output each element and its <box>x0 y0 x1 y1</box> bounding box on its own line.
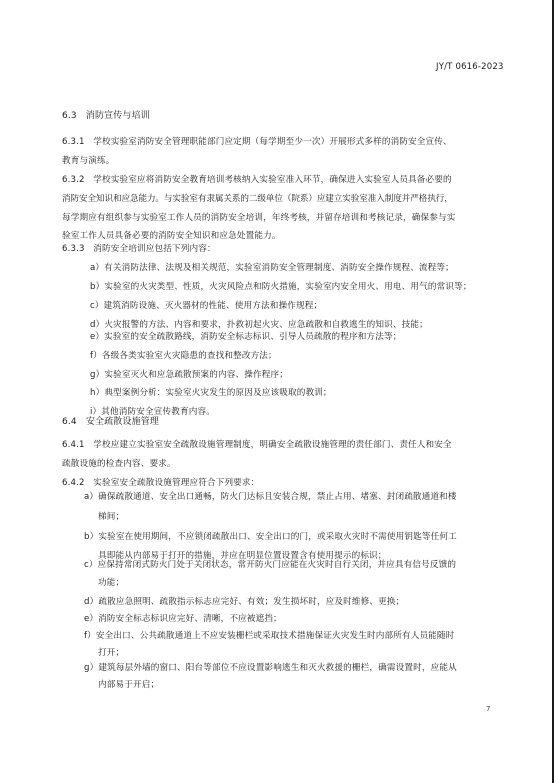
list-item-f: f）安全出口、公共疏散通道上不应安装栅栏或采取技术措施保证火灾发生时内部所有人员… <box>84 629 454 641</box>
list-item-c: c）应保持常闭式防火门处于关闭状态，常开防火门应能在火灾时自行关闭，并应具有信号… <box>84 558 456 570</box>
clause-number: 6.3.2 <box>62 175 85 185</box>
section-title: 消防宣传与培训 <box>86 111 150 121</box>
clause-text: 学校实验室消防安全管理职能部门应定期（每学期至少一次）开展形式多样的消防安全宣传… <box>93 137 452 147</box>
clause-number: 6.3.1 <box>62 137 85 147</box>
list-item-b: b）实验室在使用期间，不应锁闭疏散出口、安全出口的门，或采取火灾时不需使用钥匙等… <box>84 530 457 542</box>
section-number: 6.3 <box>62 111 77 121</box>
document-page: JY/T 0616-2023 6.3 消防宣传与培训 6.3.1 学校实验室消防… <box>0 0 552 783</box>
list-item-c: c）建筑消防设施、灭火器材的性能、使用方法和操作规程； <box>90 299 322 311</box>
clause-6-3-1: 6.3.1 学校实验室消防安全管理职能部门应定期（每学期至少一次）开展形式多样的… <box>62 135 452 147</box>
list-item-b: b）实验室的火灾类型、性质，火灾风险点和防火措施，实验室内安全用火、用电、用气的… <box>90 280 472 292</box>
page-number: 7 <box>486 705 490 713</box>
list-item-a: a）有关消防法律、法规及相关规范，实验室消防安全管理制度、消防安全操作规程、流程… <box>90 261 454 273</box>
clause-6-4-2: 6.4.2 实验室安全疏散设施管理应符合下列要求： <box>62 476 259 488</box>
list-item-f: f）各级各类实验室火灾隐患的查找和整改方法； <box>90 349 277 361</box>
document-id: JY/T 0616-2023 <box>436 62 504 72</box>
section-heading-6-4: 6.4 安全疏散设施管理 <box>62 414 159 427</box>
clause-6-3-3: 6.3.3 消防安全培训应包括下列内容： <box>62 242 216 254</box>
list-item-g: g）建筑每层外墙的窗口、阳台等部位不应设置影响逃生和灭火救援的栅栏，确需设置时，… <box>84 661 457 673</box>
clause-text: 实验室安全疏散设施管理应符合下列要求： <box>93 478 259 488</box>
clause-text: 消防安全培训应包括下列内容： <box>93 244 215 254</box>
clause-text-continued: 验室工作人员具备必要的消防安全知识和应急处置能力。 <box>62 229 281 241</box>
clause-text: 学校应建立实验室安全疏散设施管理制度，明确安全疏散设施管理的责任部门、责任人和安… <box>93 440 452 450</box>
section-title: 安全疏散设施管理 <box>86 417 159 427</box>
list-item-d: d）疏散应急照明、疏散指示标志应完好、有效；发生损坏时，应及时维修、更换； <box>84 595 404 607</box>
list-item-d: d）火灾报警的方法、内容和要求，扑救初起火灾、应急疏散和自救逃生的知识、技能； <box>90 318 428 330</box>
list-item-a-continued: 梯间； <box>98 510 124 522</box>
list-item-g-continued: 内部易于开启； <box>98 678 159 690</box>
clause-text-continued: 消防安全知识和应急能力。与实验室有隶属关系的二级单位（院系）应建立实验室准入制度… <box>62 192 453 204</box>
clause-number: 6.4.2 <box>62 478 85 488</box>
clause-text: 学校实验室应将消防安全教育培训考核纳入实验室准入环节，确保进入实验室人员具备必要… <box>93 175 452 185</box>
list-item-c-continued: 功能； <box>98 576 124 588</box>
clause-number: 6.3.3 <box>62 244 85 254</box>
section-heading-6-3: 6.3 消防宣传与培训 <box>62 108 150 121</box>
list-item-e: e）实验室的安全疏散路线，消防安全标志标识、引导人员疏散的程序和方法等； <box>90 330 401 342</box>
list-item-f-continued: 打开； <box>98 646 124 658</box>
list-item-h: h）典型案例分析：实验室火灾发生的原因及应该吸取的教训； <box>90 386 332 398</box>
section-number: 6.4 <box>62 417 77 427</box>
clause-text-continued: 疏散设施的检查内容、要求。 <box>62 457 176 469</box>
clause-6-4-1: 6.4.1 学校应建立实验室安全疏散设施管理制度，明确安全疏散设施管理的责任部门… <box>62 438 452 450</box>
clause-6-3-2: 6.3.2 学校实验室应将消防安全教育培训考核纳入实验室准入环节，确保进入实验室… <box>62 173 452 185</box>
clause-text-continued: 教育与演练。 <box>62 154 114 166</box>
clause-number: 6.4.1 <box>62 440 85 450</box>
clause-text-continued: 每学期应有组织参与实验室工作人员的消防安全培训，年终考核，并留存培训和考核记录，… <box>62 211 455 223</box>
list-item-a: a）确保疏散通道、安全出口通畅，防火门达标且安装合规，禁止占用、堵塞、封闭疏散通… <box>84 490 457 502</box>
list-item-e: e）消防安全标志标识应完好、清晰，不应被遮挡； <box>84 612 282 624</box>
list-item-g: g）实验室灭火和应急疏散预案的内容、操作程序； <box>90 368 288 380</box>
